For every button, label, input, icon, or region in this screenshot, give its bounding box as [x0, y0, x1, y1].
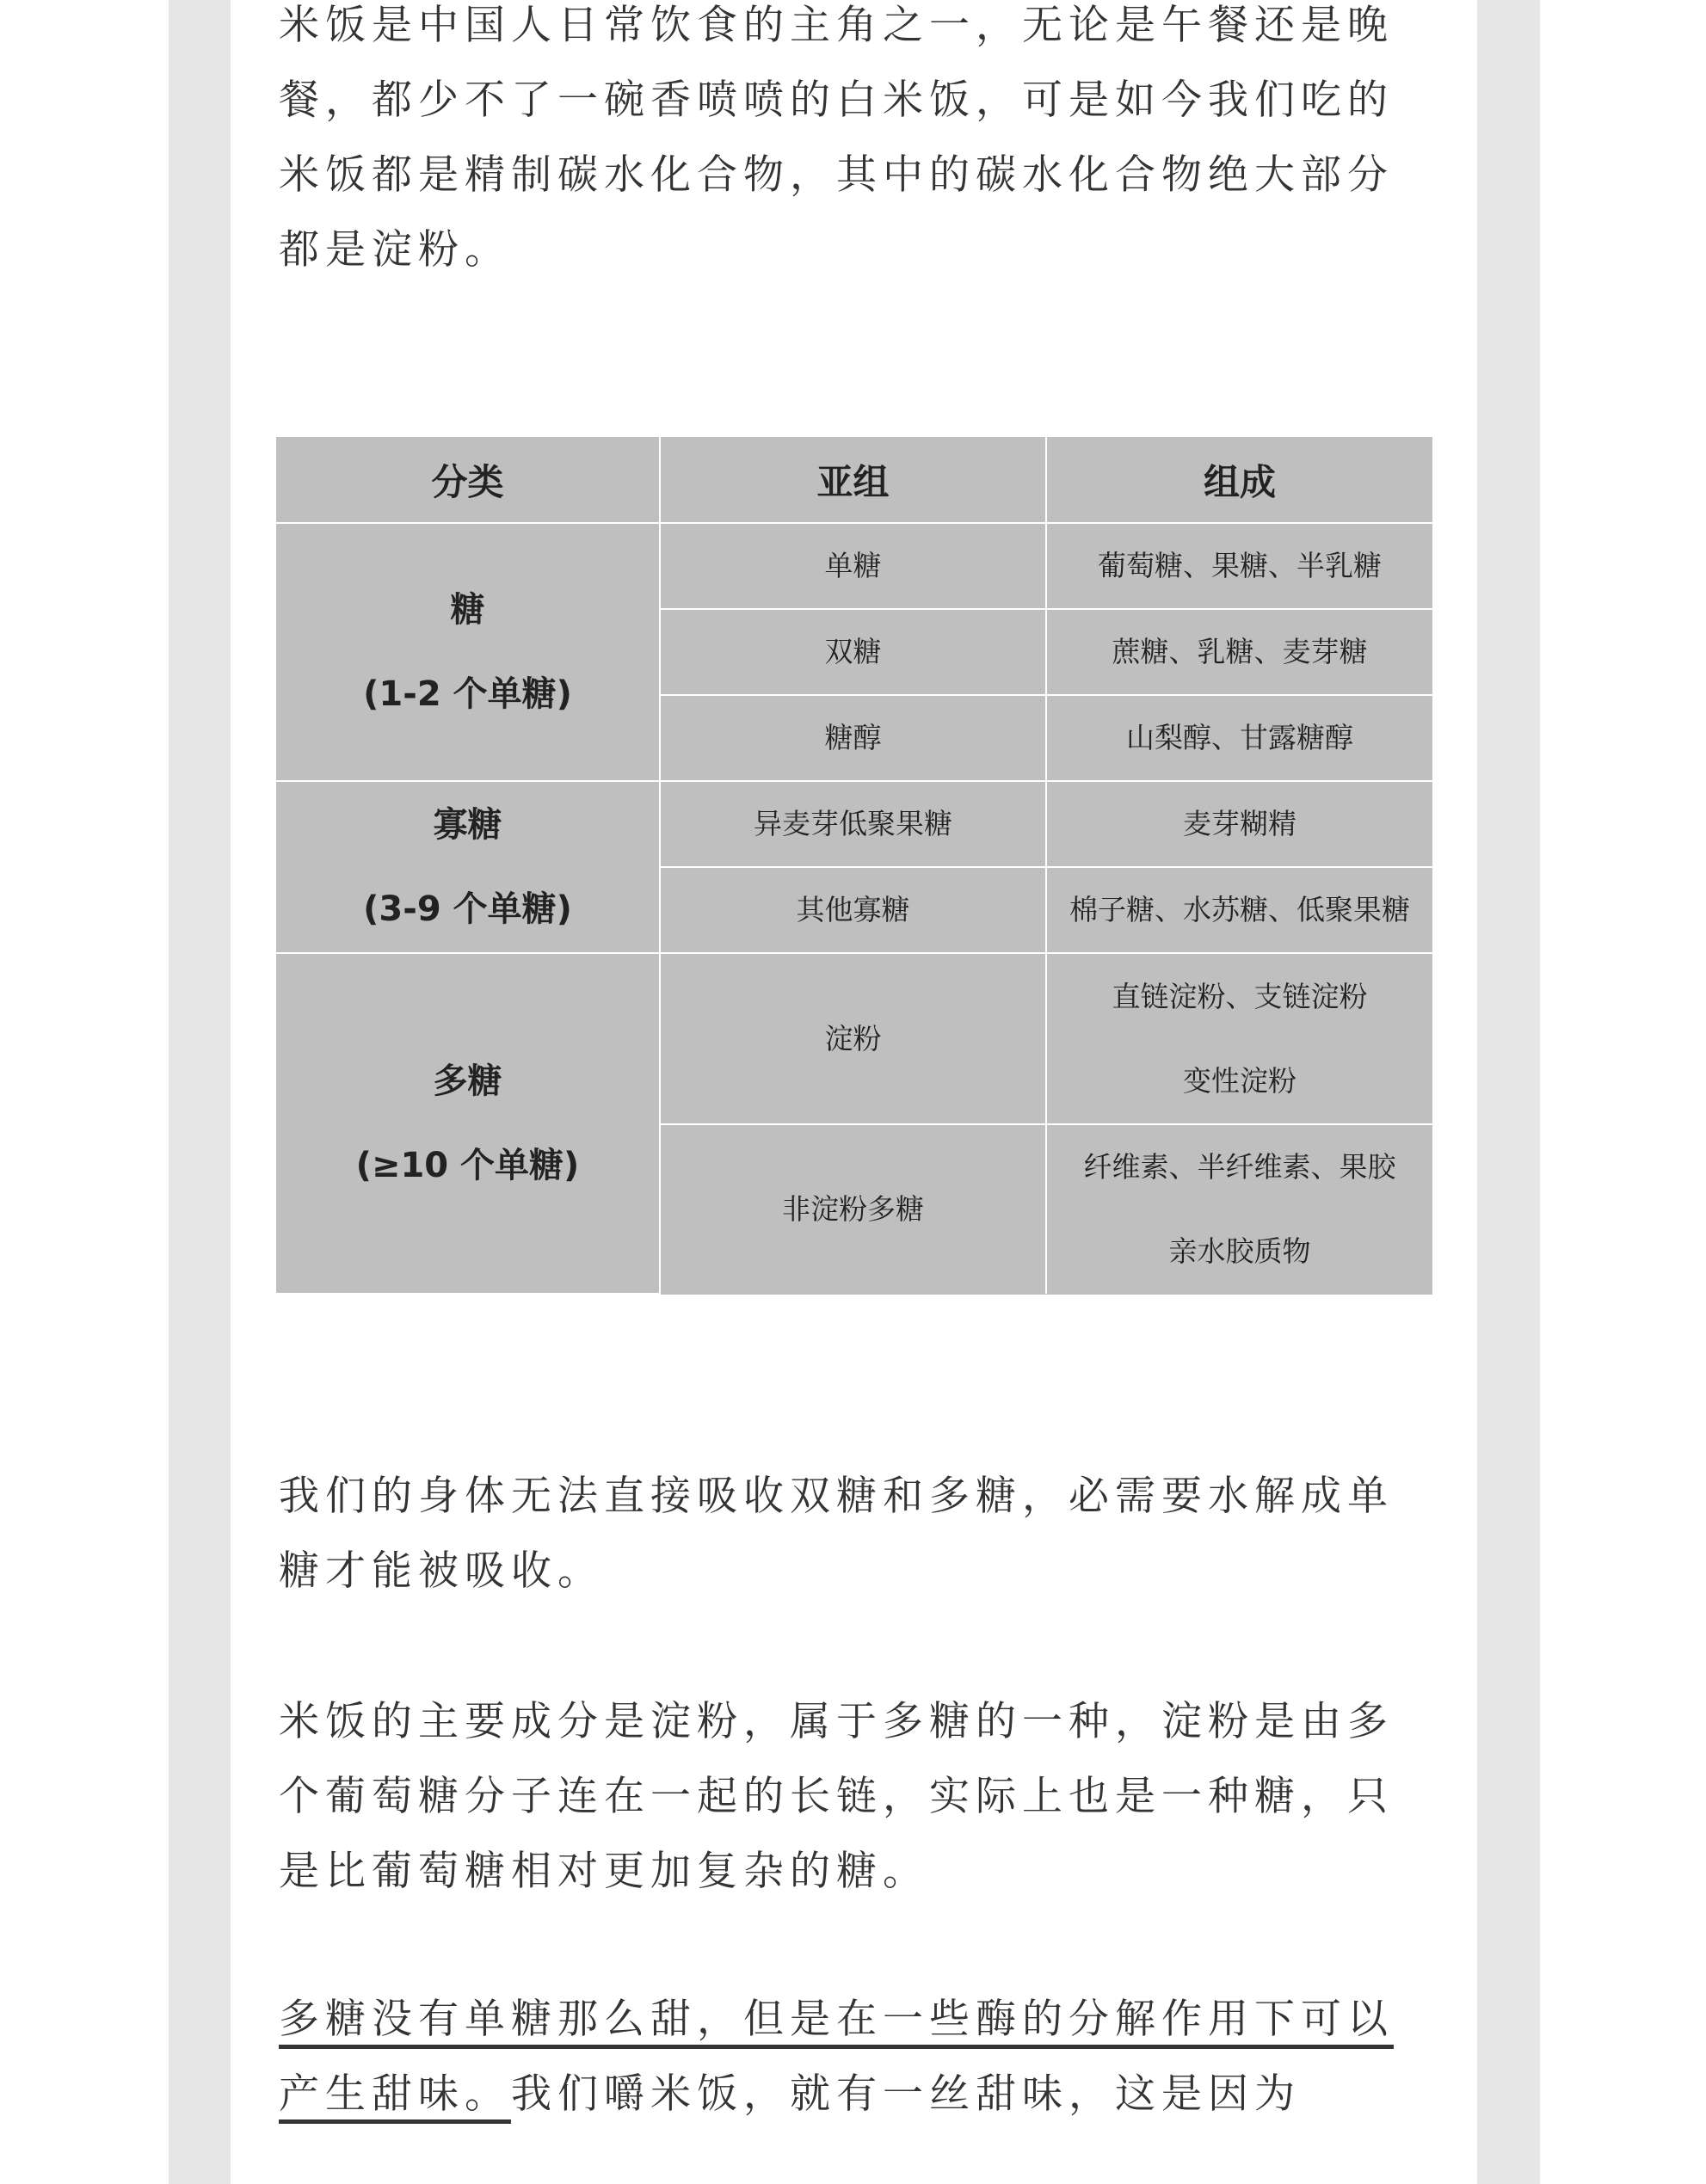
category-name: 多糖: [276, 1039, 659, 1123]
category-name: 糖: [276, 568, 659, 652]
subgroup-cell: 非淀粉多糖: [660, 1124, 1046, 1294]
subgroup-cell: 其他寡糖: [660, 867, 1046, 953]
paragraph-starch: 米饭的主要成分是淀粉，属于多糖的一种，淀粉是由多个葡萄糖分子连在一起的长链，实际…: [279, 1684, 1436, 1909]
composition-line: 直链淀粉、支链淀粉: [1047, 955, 1432, 1039]
table-row: 多糖 (≥10 个单糖) 淀粉 直链淀粉、支链淀粉 变性淀粉: [276, 953, 1432, 1124]
category-cell: 多糖 (≥10 个单糖): [276, 953, 660, 1294]
subgroup-cell: 单糖: [660, 523, 1046, 609]
subgroup-cell: 异麦芽低聚果糖: [660, 781, 1046, 867]
category-note: (1-2 个单糖): [276, 652, 659, 736]
paragraph-absorption: 我们的身体无法直接吸收双糖和多糖，必需要水解成单糖才能被吸收。: [279, 1459, 1436, 1609]
category-note: (≥10 个单糖): [276, 1123, 659, 1208]
composition-cell: 纤维素、半纤维素、果胶 亲水胶质物: [1046, 1124, 1432, 1294]
paragraph-intro: 米饭是中国人日常饮食的主角之一，无论是午餐还是晚餐，都少不了一碗香喷喷的白米饭，…: [279, 0, 1436, 287]
category-name: 寡糖: [276, 783, 659, 867]
composition-cell: 葡萄糖、果糖、半乳糖: [1046, 523, 1432, 609]
table-header-row: 分类 亚组 组成: [276, 437, 1432, 523]
left-margin-panel: [169, 0, 231, 2184]
composition-cell: 山梨醇、甘露糖醇: [1046, 695, 1432, 781]
header-category: 分类: [276, 437, 660, 523]
table-row: 寡糖 (3-9 个单糖) 异麦芽低聚果糖 麦芽糊精: [276, 781, 1432, 867]
header-composition: 组成: [1046, 437, 1432, 523]
composition-cell: 直链淀粉、支链淀粉 变性淀粉: [1046, 953, 1432, 1124]
composition-line: 亲水胶质物: [1047, 1209, 1432, 1294]
subgroup-cell: 双糖: [660, 609, 1046, 695]
paragraph-text: 我们嚼米饭，就有一丝甜味，这是因为: [511, 2070, 1301, 2118]
composition-line: 纤维素、半纤维素、果胶: [1047, 1125, 1432, 1209]
category-cell: 寡糖 (3-9 个单糖): [276, 781, 660, 953]
composition-cell: 蔗糖、乳糖、麦芽糖: [1046, 609, 1432, 695]
carbohydrate-table: 分类 亚组 组成 糖 (1-2 个单糖) 单糖 葡萄糖、果糖、半乳糖 双糖 蔗糖…: [276, 437, 1432, 1295]
paragraph-sweetness: 多糖没有单糖那么甜，但是在一些酶的分解作用下可以产生甜味。我们嚼米饭，就有一丝甜…: [279, 1982, 1436, 2132]
category-cell: 糖 (1-2 个单糖): [276, 523, 660, 781]
subgroup-cell: 淀粉: [660, 953, 1046, 1124]
subgroup-cell: 糖醇: [660, 695, 1046, 781]
composition-cell: 棉子糖、水苏糖、低聚果糖: [1046, 867, 1432, 953]
composition-line: 变性淀粉: [1047, 1039, 1432, 1123]
table-row: 糖 (1-2 个单糖) 单糖 葡萄糖、果糖、半乳糖: [276, 523, 1432, 609]
right-margin-panel: [1477, 0, 1540, 2184]
header-subgroup: 亚组: [660, 437, 1046, 523]
category-note: (3-9 个单糖): [276, 867, 659, 951]
composition-cell: 麦芽糊精: [1046, 781, 1432, 867]
